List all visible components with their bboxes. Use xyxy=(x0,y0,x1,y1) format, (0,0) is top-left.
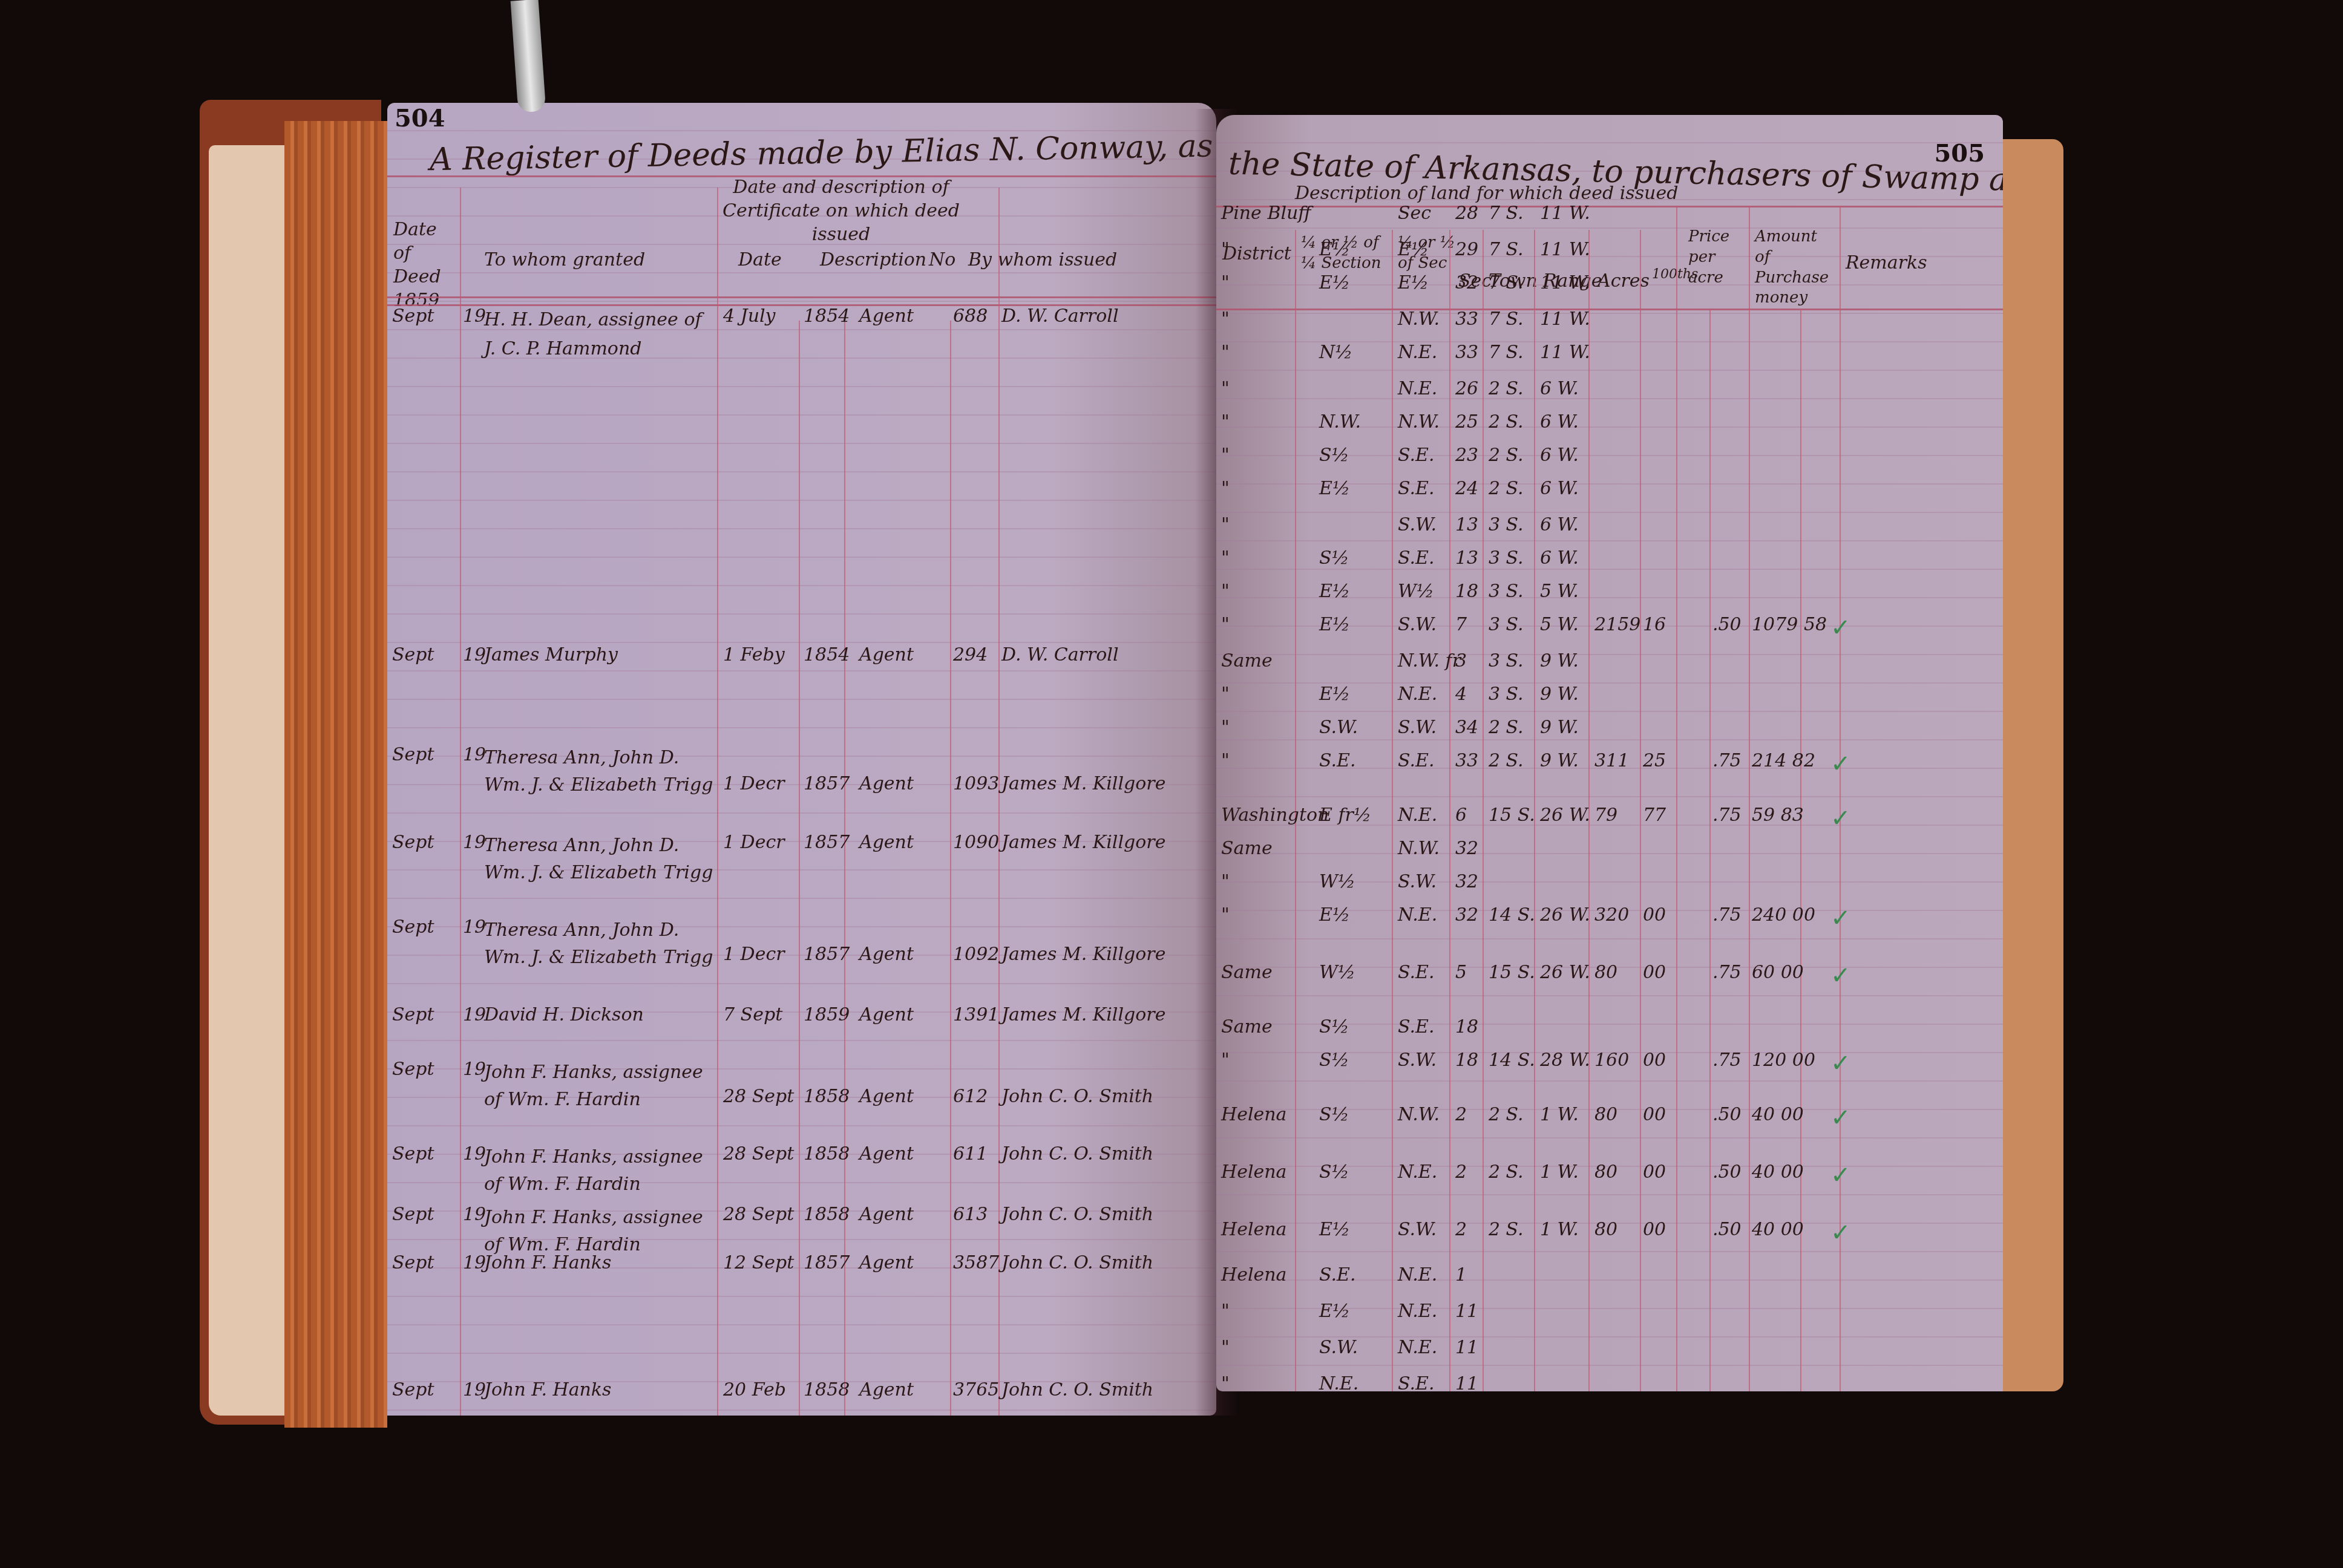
deed-day: 19 xyxy=(463,1143,486,1165)
land-range: 11 W. xyxy=(1540,239,1590,260)
land-range: 6 W. xyxy=(1540,478,1579,499)
issued-by: John C. O. Smith xyxy=(1001,1086,1153,1107)
header-to-whom-granted: To whom granted xyxy=(484,248,645,272)
land-q: N.E. xyxy=(1398,1264,1437,1285)
land-sec: 13 xyxy=(1455,547,1478,569)
cert-no: 613 xyxy=(953,1204,988,1225)
land-hundredths: 16 xyxy=(1643,614,1666,635)
cert-no: 3587 xyxy=(953,1252,999,1273)
header-purchase-money: Amount of Purchase money xyxy=(1755,227,1833,309)
deed-day: 19 xyxy=(463,1252,486,1273)
land-range: 26 W. xyxy=(1540,904,1590,926)
cert-year: 1857 xyxy=(804,1252,850,1273)
land-district: " xyxy=(1221,750,1230,771)
land-q: S.W. xyxy=(1398,514,1437,535)
land-sec: 11 xyxy=(1455,1337,1478,1358)
land-qq: W½ xyxy=(1319,962,1355,983)
check-mark-icon: ✓ xyxy=(1830,962,1851,990)
land-q: E½ xyxy=(1398,272,1429,293)
deed-month: Sept xyxy=(392,832,434,853)
land-district: Helena xyxy=(1221,1264,1286,1285)
land-acres: 80 xyxy=(1594,962,1617,983)
land-town: 2 S. xyxy=(1489,445,1524,466)
deed-day: 19 xyxy=(463,1004,486,1025)
land-qq: S½ xyxy=(1319,445,1349,466)
land-sec: 1 xyxy=(1455,1264,1467,1285)
land-town: 7 S. xyxy=(1489,309,1524,330)
land-acres: 160 xyxy=(1594,1050,1629,1071)
land-sec: 24 xyxy=(1455,478,1478,499)
cert-year: 1859 xyxy=(804,1004,850,1025)
issued-by: John C. O. Smith xyxy=(1001,1204,1153,1225)
land-district: " xyxy=(1221,1373,1230,1391)
cert-no: 3765 xyxy=(953,1379,999,1400)
land-sec: 5 xyxy=(1455,962,1467,983)
land-district: Pine Bluff xyxy=(1221,203,1311,224)
header-cert-no: No xyxy=(929,248,955,272)
land-qq: S.E. xyxy=(1319,1264,1355,1285)
land-amount: 1079 58 xyxy=(1752,614,1827,635)
header-acres: Acres xyxy=(1597,269,1650,293)
cert-no: 1391 xyxy=(953,1004,999,1025)
column-divider xyxy=(799,321,800,1416)
flyleaf xyxy=(209,145,284,1416)
land-town: 3 S. xyxy=(1489,614,1524,635)
land-range: 9 W. xyxy=(1540,717,1579,738)
land-hundredths: 00 xyxy=(1643,904,1666,926)
land-sec: 32 xyxy=(1455,838,1478,859)
page-edges xyxy=(284,121,387,1428)
land-range: 6 W. xyxy=(1540,411,1579,433)
land-district: Same xyxy=(1221,838,1273,859)
cert-description: Agent xyxy=(859,944,914,965)
grantee: John F. Hanks xyxy=(484,1379,611,1400)
land-q: W½ xyxy=(1398,581,1434,602)
land-amount: 214 82 xyxy=(1752,750,1815,771)
deed-month: Sept xyxy=(392,1204,434,1225)
header-by-whom-issued: By whom issued xyxy=(968,248,1117,272)
deed-day: 19 xyxy=(463,744,486,765)
land-town: 7 S. xyxy=(1489,272,1524,293)
land-hundredths: 00 xyxy=(1643,962,1666,983)
column-divider xyxy=(844,321,845,1416)
cert-description: Agent xyxy=(859,644,914,665)
land-sec: 3 xyxy=(1455,650,1467,671)
land-sec: 23 xyxy=(1455,445,1478,466)
deed-month: Sept xyxy=(392,1004,434,1025)
land-town: 3 S. xyxy=(1489,547,1524,569)
land-q: N.W. xyxy=(1398,838,1440,859)
land-district: " xyxy=(1221,717,1230,738)
land-range: 6 W. xyxy=(1540,547,1579,569)
land-amount: 240 00 xyxy=(1752,904,1815,926)
land-hundredths: 25 xyxy=(1643,750,1666,771)
land-range: 9 W. xyxy=(1540,750,1579,771)
land-acres: 80 xyxy=(1594,1104,1617,1125)
land-sec: 34 xyxy=(1455,717,1478,738)
issued-by: James M. Killgore xyxy=(1001,832,1165,853)
land-district: " xyxy=(1221,239,1230,260)
land-hundredths: 00 xyxy=(1643,1104,1666,1125)
land-q: S.W. xyxy=(1398,871,1437,892)
land-sec: 2 xyxy=(1455,1219,1467,1240)
land-acres: 80 xyxy=(1594,1161,1617,1183)
deed-month: Sept xyxy=(392,305,434,327)
land-range: 1 W. xyxy=(1540,1104,1579,1125)
land-town: 2 S. xyxy=(1489,1104,1524,1125)
cert-description: Agent xyxy=(859,1204,914,1225)
header-cert-date: Date xyxy=(738,248,782,272)
land-q: S.E. xyxy=(1398,962,1434,983)
header-certificate-group: Date and description of Certificate on w… xyxy=(720,175,962,246)
issued-by: John C. O. Smith xyxy=(1001,1252,1153,1273)
land-sec: 25 xyxy=(1455,411,1478,433)
cert-date: 20 Feb xyxy=(723,1379,786,1400)
cert-date: 7 Sept xyxy=(723,1004,782,1025)
deed-month: Sept xyxy=(392,1379,434,1400)
cert-date: 28 Sept xyxy=(723,1086,794,1107)
land-town: 7 S. xyxy=(1489,342,1524,363)
cert-no: 688 xyxy=(953,305,988,327)
land-range: 6 W. xyxy=(1540,378,1579,399)
cert-year: 1854 xyxy=(804,644,850,665)
issued-by: James M. Killgore xyxy=(1001,1004,1165,1025)
land-town: 7 S. xyxy=(1489,239,1524,260)
land-range: 11 W. xyxy=(1540,272,1590,293)
land-qq: E½ xyxy=(1319,614,1350,635)
land-q: S.W. xyxy=(1398,614,1437,635)
land-q: N.E. xyxy=(1398,1301,1437,1322)
column-divider xyxy=(950,321,951,1416)
land-acres: 311 xyxy=(1594,750,1629,771)
issued-by: John C. O. Smith xyxy=(1001,1143,1153,1165)
bookmark-clip xyxy=(511,0,546,113)
land-q: N.E. xyxy=(1398,1337,1437,1358)
land-district: Helena xyxy=(1221,1104,1286,1125)
land-hundredths: 77 xyxy=(1643,805,1666,826)
land-sec: 33 xyxy=(1455,342,1478,363)
check-mark-icon: ✓ xyxy=(1830,1219,1851,1247)
land-sec: 26 xyxy=(1455,378,1478,399)
land-qq: S.W. xyxy=(1319,1337,1358,1358)
check-mark-icon: ✓ xyxy=(1830,805,1851,832)
land-qq: E½ xyxy=(1319,684,1350,705)
land-district: Washington xyxy=(1221,805,1329,826)
column-divider xyxy=(717,188,718,1416)
land-price: .50 xyxy=(1712,1161,1742,1183)
land-town: 3 S. xyxy=(1489,650,1524,671)
land-district: " xyxy=(1221,547,1230,569)
column-divider xyxy=(1392,230,1393,1391)
issued-by: James M. Killgore xyxy=(1001,773,1165,794)
land-q: N.W. fr xyxy=(1398,650,1461,671)
land-district: " xyxy=(1221,378,1230,399)
cert-description: Agent xyxy=(859,832,914,853)
land-range: 11 W. xyxy=(1540,203,1590,224)
land-sec: 18 xyxy=(1455,1050,1478,1071)
land-district: " xyxy=(1221,684,1230,705)
land-sec: 6 xyxy=(1455,805,1467,826)
cert-date: 1 Feby xyxy=(723,644,785,665)
column-divider xyxy=(460,188,461,1416)
cert-year: 1854 xyxy=(804,305,850,327)
land-sec: 18 xyxy=(1455,581,1478,602)
column-divider xyxy=(1709,309,1711,1391)
column-divider xyxy=(1449,230,1450,1391)
land-district: " xyxy=(1221,445,1230,466)
column-divider xyxy=(1483,230,1484,1391)
land-range: 6 W. xyxy=(1540,445,1579,466)
cert-no: 1090 xyxy=(953,832,999,853)
land-town: 3 S. xyxy=(1489,514,1524,535)
land-range: 26 W. xyxy=(1540,962,1590,983)
land-qq: S.W. xyxy=(1319,717,1358,738)
land-sec: 33 xyxy=(1455,309,1478,330)
land-district: " xyxy=(1221,1301,1230,1322)
header-district: District xyxy=(1222,242,1291,266)
cert-no: 294 xyxy=(953,644,988,665)
deed-day: 19 xyxy=(463,305,486,327)
left-page: 504 A Register of Deeds made by Elias N.… xyxy=(387,103,1216,1416)
grantee: James Murphy xyxy=(484,644,618,665)
land-qq: S½ xyxy=(1319,1016,1349,1037)
cert-date: 28 Sept xyxy=(723,1143,794,1165)
check-mark-icon: ✓ xyxy=(1830,904,1851,932)
land-qq: E½ xyxy=(1319,239,1350,260)
column-divider xyxy=(1676,206,1677,1391)
cert-no: 1092 xyxy=(953,944,999,965)
land-qq: S½ xyxy=(1319,1050,1349,1071)
deed-month: Sept xyxy=(392,644,434,665)
land-district: " xyxy=(1221,581,1230,602)
land-price: .50 xyxy=(1712,1104,1742,1125)
column-divider xyxy=(1640,230,1641,1391)
cert-description: Agent xyxy=(859,773,914,794)
land-qq: S½ xyxy=(1319,1161,1349,1183)
land-qq: E½ xyxy=(1319,1219,1350,1240)
land-q: S.E. xyxy=(1398,478,1434,499)
cert-year: 1858 xyxy=(804,1204,850,1225)
header-cert-description: Description xyxy=(820,248,926,272)
land-qq: E½ xyxy=(1319,1301,1350,1322)
land-town: 2 S. xyxy=(1489,717,1524,738)
land-town: 2 S. xyxy=(1489,750,1524,771)
check-mark-icon: ✓ xyxy=(1830,614,1851,642)
deed-month: Sept xyxy=(392,916,434,938)
column-divider xyxy=(1840,206,1841,1391)
land-range: 11 W. xyxy=(1540,342,1590,363)
check-mark-icon: ✓ xyxy=(1830,1161,1851,1189)
land-range: 1 W. xyxy=(1540,1219,1579,1240)
grantee: John F. Hanks, assignee of Wm. F. Hardin xyxy=(484,1059,714,1113)
land-hundredths: 00 xyxy=(1643,1161,1666,1183)
land-town: 7 S. xyxy=(1489,203,1524,224)
check-mark-icon: ✓ xyxy=(1830,1050,1851,1077)
land-price: .75 xyxy=(1712,962,1742,983)
land-district: " xyxy=(1221,614,1230,635)
grantee: John F. Hanks xyxy=(484,1252,611,1273)
land-district: " xyxy=(1221,904,1230,926)
land-qq: N.E. xyxy=(1319,1373,1358,1391)
land-town: 2 S. xyxy=(1489,478,1524,499)
land-hundredths: 00 xyxy=(1643,1219,1666,1240)
land-sec: 4 xyxy=(1455,684,1467,705)
book-cover-right xyxy=(1997,139,2063,1391)
land-sec: 29 xyxy=(1455,239,1478,260)
land-hundredths: 00 xyxy=(1643,1050,1666,1071)
land-q: N.E. xyxy=(1398,904,1437,926)
land-sec: 11 xyxy=(1455,1301,1478,1322)
land-town: 14 S. xyxy=(1489,1050,1535,1071)
header-rule xyxy=(387,296,1216,306)
land-district: " xyxy=(1221,342,1230,363)
grantee: David H. Dickson xyxy=(484,1004,644,1025)
land-qq: S½ xyxy=(1319,547,1349,569)
land-acres: 80 xyxy=(1594,1219,1617,1240)
land-district: " xyxy=(1221,478,1230,499)
cert-date: 1 Decr xyxy=(723,832,785,853)
land-q: N.W. xyxy=(1398,411,1440,433)
land-q: Sec xyxy=(1398,203,1431,224)
column-divider xyxy=(1749,206,1750,1391)
land-district: Helena xyxy=(1221,1219,1286,1240)
page-number: 504 xyxy=(395,104,445,132)
land-range: 9 W. xyxy=(1540,650,1579,671)
land-qq: E½ xyxy=(1319,581,1350,602)
land-acres: 2159 xyxy=(1594,614,1640,635)
land-amount: 40 00 xyxy=(1752,1104,1804,1125)
land-town: 15 S. xyxy=(1489,805,1535,826)
land-district: " xyxy=(1221,1050,1230,1071)
land-sec: 32 xyxy=(1455,904,1478,926)
land-q: N.E. xyxy=(1398,342,1437,363)
cert-description: Agent xyxy=(859,1086,914,1107)
land-q: N.E. xyxy=(1398,378,1437,399)
cert-description: Agent xyxy=(859,1379,914,1400)
issued-by: D. W. Carroll xyxy=(1001,305,1119,327)
land-town: 3 S. xyxy=(1489,684,1524,705)
cert-description: Agent xyxy=(859,305,914,327)
deed-day: 19 xyxy=(463,1204,486,1225)
right-page: 505 the State of Arkansas, to purchasers… xyxy=(1216,115,2003,1391)
land-range: 5 W. xyxy=(1540,581,1579,602)
land-town: 2 S. xyxy=(1489,411,1524,433)
land-qq: N½ xyxy=(1319,342,1352,363)
cert-date: 28 Sept xyxy=(723,1204,794,1225)
cert-year: 1857 xyxy=(804,773,850,794)
land-q: S.E. xyxy=(1398,547,1434,569)
land-price: .50 xyxy=(1712,1219,1742,1240)
check-mark-icon: ✓ xyxy=(1830,750,1851,778)
land-district: " xyxy=(1221,871,1230,892)
deed-day: 19 xyxy=(463,832,486,853)
land-sec: 2 xyxy=(1455,1161,1467,1183)
grantee: Theresa Ann, John D. Wm. J. & Elizabeth … xyxy=(484,744,714,799)
land-amount: 60 00 xyxy=(1752,962,1804,983)
land-qq: N.W. xyxy=(1319,411,1361,433)
deed-month: Sept xyxy=(392,1252,434,1273)
land-q: N.E. xyxy=(1398,1161,1437,1183)
land-q: N.W. xyxy=(1398,309,1440,330)
header-price-per-acre: Price per acre xyxy=(1688,227,1749,288)
cert-year: 1858 xyxy=(804,1379,850,1400)
cert-year: 1858 xyxy=(804,1143,850,1165)
cert-date: 12 Sept xyxy=(723,1252,794,1273)
land-sec: 33 xyxy=(1455,750,1478,771)
deed-day: 19 xyxy=(463,644,486,665)
cert-no: 612 xyxy=(953,1086,988,1107)
land-price: .75 xyxy=(1712,904,1742,926)
land-range: 1 W. xyxy=(1540,1161,1579,1183)
land-district: Same xyxy=(1221,650,1273,671)
land-q: S.E. xyxy=(1398,1016,1434,1037)
land-town: 2 S. xyxy=(1489,1161,1524,1183)
land-town: 2 S. xyxy=(1489,1219,1524,1240)
land-range: 9 W. xyxy=(1540,684,1579,705)
deed-month: Sept xyxy=(392,1143,434,1165)
land-price: .75 xyxy=(1712,805,1742,826)
cert-no: 1093 xyxy=(953,773,999,794)
land-qq: W½ xyxy=(1319,871,1355,892)
header-rule xyxy=(1216,309,2003,310)
deed-month: Sept xyxy=(392,744,434,765)
grantee: Theresa Ann, John D. Wm. J. & Elizabeth … xyxy=(484,832,714,886)
land-q: S.E. xyxy=(1398,445,1434,466)
land-q: S.W. xyxy=(1398,717,1437,738)
land-qq: E½ xyxy=(1319,904,1350,926)
land-qq: E½ xyxy=(1319,478,1350,499)
issued-by: James M. Killgore xyxy=(1001,944,1165,965)
cert-description: Agent xyxy=(859,1143,914,1165)
land-price: .75 xyxy=(1712,1050,1742,1071)
land-range: 11 W. xyxy=(1540,309,1590,330)
check-mark-icon: ✓ xyxy=(1830,1104,1851,1132)
column-divider xyxy=(998,188,1000,1416)
deed-day: 19 xyxy=(463,1059,486,1080)
land-qq: E½ xyxy=(1319,272,1350,293)
issued-by: D. W. Carroll xyxy=(1001,644,1119,665)
land-q: S.W. xyxy=(1398,1219,1437,1240)
land-town: 14 S. xyxy=(1489,904,1535,926)
land-qq: S.E. xyxy=(1319,750,1355,771)
land-sec: 28 xyxy=(1455,203,1478,224)
land-range: 5 W. xyxy=(1540,614,1579,635)
land-district: Same xyxy=(1221,962,1273,983)
land-acres: 79 xyxy=(1594,805,1617,826)
land-sec: 18 xyxy=(1455,1016,1478,1037)
land-sec: 2 xyxy=(1455,1104,1467,1125)
land-price: .75 xyxy=(1712,750,1742,771)
land-amount: 40 00 xyxy=(1752,1219,1804,1240)
cert-year: 1857 xyxy=(804,832,850,853)
land-range: 26 W. xyxy=(1540,805,1590,826)
grantee: John F. Hanks, assignee of Wm. F. Hardin xyxy=(484,1204,714,1258)
land-range: 28 W. xyxy=(1540,1050,1590,1071)
land-q: S.W. xyxy=(1398,1050,1437,1071)
header-remarks: Remarks xyxy=(1846,251,1927,275)
title-rule xyxy=(1216,206,2003,207)
land-district: Same xyxy=(1221,1016,1273,1037)
deed-day: 19 xyxy=(463,1379,486,1400)
deed-day: 19 xyxy=(463,916,486,938)
land-town: 2 S. xyxy=(1489,378,1524,399)
land-district: " xyxy=(1221,514,1230,535)
cert-year: 1858 xyxy=(804,1086,850,1107)
land-qq: E fr½ xyxy=(1319,805,1371,826)
issued-by: John C. O. Smith xyxy=(1001,1379,1153,1400)
land-qq: S½ xyxy=(1319,1104,1349,1125)
land-q: N.E. xyxy=(1398,684,1437,705)
